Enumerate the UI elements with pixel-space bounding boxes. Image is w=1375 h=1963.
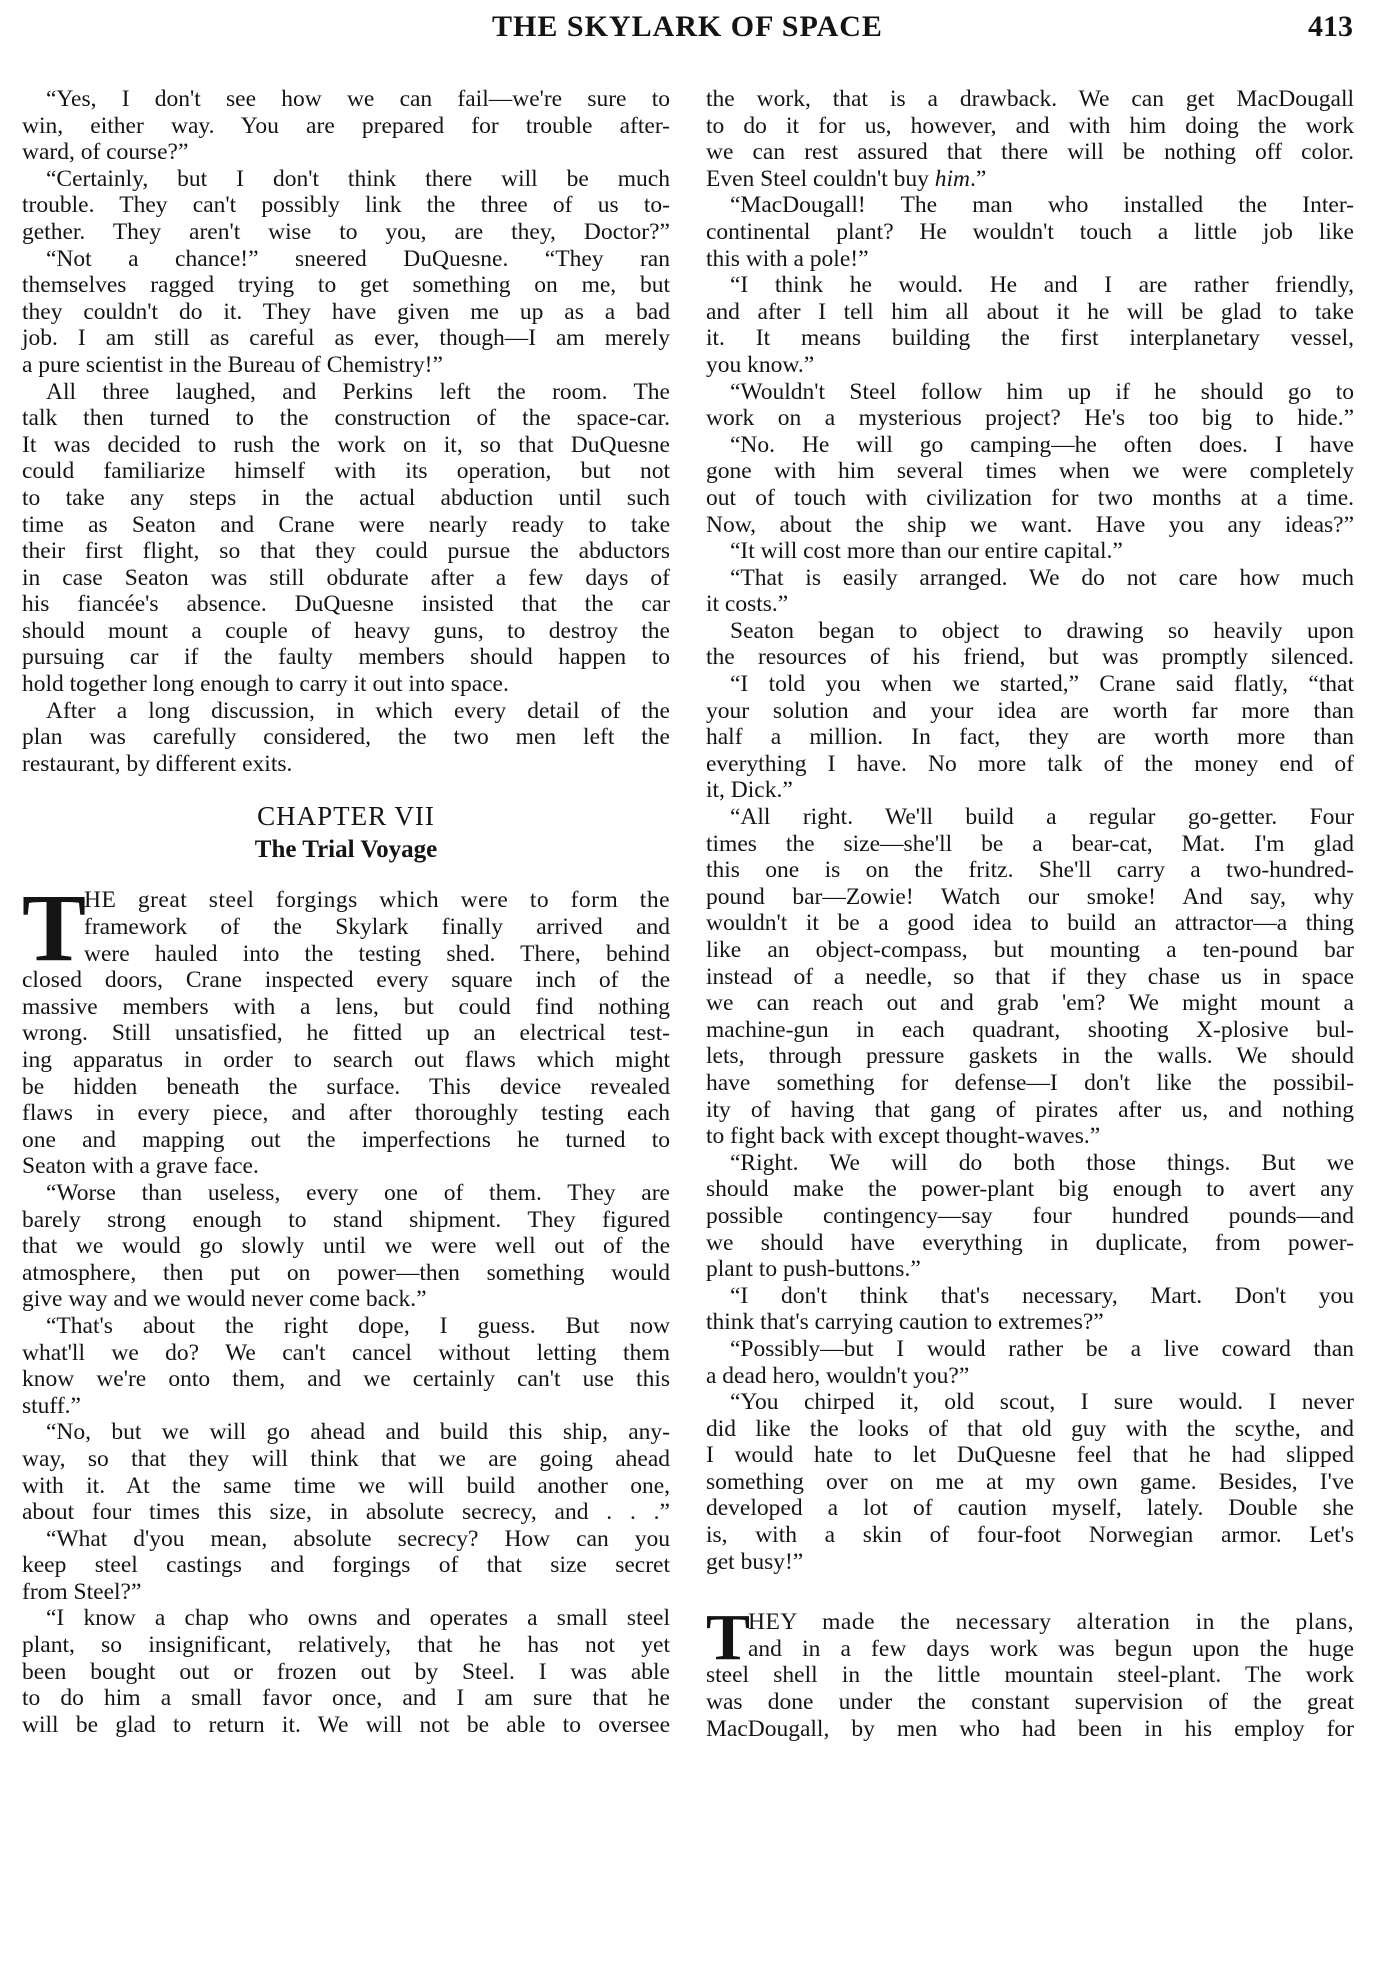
text-line: Seaton began to object to drawing so hea… — [706, 618, 1354, 645]
text-line: “Yes, I don't see how we can fail—we're … — [22, 86, 670, 113]
text-line: machine-gun in each quadrant, shooting X… — [706, 1017, 1354, 1044]
text-line: win, either way. You are prepared for tr… — [22, 113, 670, 140]
text-line: flaws in every piece, and after thorough… — [22, 1100, 670, 1127]
text-line: and in a few days work was begun upon th… — [706, 1636, 1354, 1663]
chapter-title: The Trial Voyage — [22, 833, 670, 867]
text-line: were hauled into the testing shed. There… — [22, 941, 670, 968]
text-line: “That is easily arranged. We do not care… — [706, 565, 1354, 592]
paragraph: After a long discussion, in which every … — [22, 698, 670, 778]
text-line: that we would go slowly until we were we… — [22, 1233, 670, 1260]
text-line: It was decided to rush the work on it, s… — [22, 432, 670, 459]
text-line: be hidden beneath the surface. This devi… — [22, 1074, 670, 1101]
text-line: in case Seaton was still obdurate after … — [22, 565, 670, 592]
paragraph: “No, but we will go ahead and build this… — [22, 1419, 670, 1525]
text-line: we should have everything in duplicate, … — [706, 1230, 1354, 1257]
text-line: job. I am still as careful as ever, thou… — [22, 325, 670, 352]
paragraph: “Wouldn't Steel follow him up if he shou… — [706, 379, 1354, 432]
text-line: gone with him several times when we were… — [706, 458, 1354, 485]
text-line: “I told you when we started,” Crane said… — [706, 671, 1354, 698]
text-line: work on a mysterious project? He's too b… — [706, 405, 1354, 432]
paragraph: All three laughed, and Perkins left the … — [22, 379, 670, 698]
text-line: “No, but we will go ahead and build this… — [22, 1419, 670, 1446]
running-title: THE SKYLARK OF SPACE — [0, 10, 1375, 44]
drop-cap: T — [22, 889, 86, 967]
text-line: out of touch with civilization for two m… — [706, 485, 1354, 512]
text-line: everything I have. No more talk of the m… — [706, 751, 1354, 778]
paragraph: Seaton began to object to drawing so hea… — [706, 618, 1354, 671]
text-line: “I don't think that's necessary, Mart. D… — [706, 1283, 1354, 1310]
text-line: ity of having that gang of pirates after… — [706, 1097, 1354, 1124]
text-line: “I think he would. He and I are rather f… — [706, 272, 1354, 299]
text-line: plan was carefully considered, the two m… — [22, 724, 670, 751]
text-line: closed doors, Crane inspected every squa… — [22, 967, 670, 994]
text-line: “Possibly—but I would rather be a live c… — [706, 1336, 1354, 1363]
paragraph: “Right. We will do both those things. Bu… — [706, 1150, 1354, 1283]
paragraph: “No. He will go camping—he often does. I… — [706, 432, 1354, 538]
text-line: from Steel?” — [22, 1579, 670, 1606]
text-line: a dead hero, wouldn't you?” — [706, 1363, 1354, 1390]
text-line: should mount a couple of heavy guns, to … — [22, 618, 670, 645]
paragraph: “Not a chance!” sneered DuQuesne. “They … — [22, 246, 670, 379]
text-line: gether. They aren't wise to you, are the… — [22, 219, 670, 246]
text-line: did like the looks of that old guy with … — [706, 1416, 1354, 1443]
paragraph: “I don't think that's necessary, Mart. D… — [706, 1283, 1354, 1336]
text-line: I would hate to let DuQuesne feel that h… — [706, 1442, 1354, 1469]
text-line: was done under the constant supervision … — [706, 1689, 1354, 1716]
text-line: developed a lot of caution myself, latel… — [706, 1495, 1354, 1522]
text-line: plant to push-buttons.” — [706, 1256, 1354, 1283]
text-line: keep steel castings and forgings of that… — [22, 1552, 670, 1579]
text-line: is, with a skin of four-foot Norwegian a… — [706, 1522, 1354, 1549]
text-line: talk then turned to the construction of … — [22, 405, 670, 432]
text-line: this one is on the fritz. She'll carry a… — [706, 857, 1354, 884]
text-line: we can reach out and grab 'em? We might … — [706, 990, 1354, 1017]
text-line: the work, that is a drawback. We can get… — [706, 86, 1354, 113]
text-line: you know.” — [706, 352, 1354, 379]
page-number: 413 — [1308, 10, 1353, 44]
paragraph: “You chirped it, old scout, I sure would… — [706, 1389, 1354, 1575]
paragraph: “MacDougall! The man who installed the I… — [706, 192, 1354, 272]
section-break — [706, 1575, 1354, 1609]
text-line: framework of the Skylark finally arrived… — [22, 914, 670, 941]
text-line: themselves ragged trying to get somethin… — [22, 272, 670, 299]
paragraph: “It will cost more than our entire capit… — [706, 538, 1354, 565]
text-line: “All right. We'll build a regular go-get… — [706, 804, 1354, 831]
paragraph: “I told you when we started,” Crane said… — [706, 671, 1354, 804]
text-line: hold together long enough to carry it ou… — [22, 671, 670, 698]
running-head: THE SKYLARK OF SPACE 413 — [0, 10, 1375, 50]
paragraph-with-drop-cap: T HEY made the necessary alteration in t… — [706, 1609, 1354, 1742]
left-column: “Yes, I don't see how we can fail—we're … — [22, 86, 670, 1738]
text-line: been bought out or frozen out by Steel. … — [22, 1659, 670, 1686]
paragraph: “What d'you mean, absolute secrecy? How … — [22, 1526, 670, 1606]
text-line: to do him a small favor once, and I am s… — [22, 1685, 670, 1712]
text-line: one and mapping out the imperfections he… — [22, 1127, 670, 1154]
text-line: like an object-compass, but mounting a t… — [706, 937, 1354, 964]
text-line: “Wouldn't Steel follow him up if he shou… — [706, 379, 1354, 406]
text-line: restaurant, by different exits. — [22, 751, 670, 778]
right-column: the work, that is a drawback. We can get… — [706, 86, 1354, 1742]
text-line: plant, so insignificant, relatively, tha… — [22, 1632, 670, 1659]
paragraph: “All right. We'll build a regular go-get… — [706, 804, 1354, 1150]
text-line: could familiarize himself with its opera… — [22, 458, 670, 485]
text-line: this with a pole!” — [706, 246, 1354, 273]
text-line: it. It means building the first interpla… — [706, 325, 1354, 352]
text-line: wouldn't it be a good idea to build an a… — [706, 910, 1354, 937]
drop-cap: T — [706, 1611, 750, 1665]
text-line: to take any steps in the actual abductio… — [22, 485, 670, 512]
text-line: massive members with a lens, but could f… — [22, 994, 670, 1021]
text-fragment: Even Steel couldn't buy — [706, 166, 935, 192]
text-line: stuff.” — [22, 1393, 670, 1420]
paragraph: “Worse than useless, every one of them. … — [22, 1180, 670, 1313]
text-line: “What d'you mean, absolute secrecy? How … — [22, 1526, 670, 1553]
text-line: pound bar—Zowie! Watch our smoke! And sa… — [706, 884, 1354, 911]
text-line: it, Dick.” — [706, 777, 1354, 804]
text-fragment: .” — [970, 166, 986, 192]
text-line: possible contingency—say four hundred po… — [706, 1203, 1354, 1230]
text-line: think that's carrying caution to extreme… — [706, 1309, 1354, 1336]
text-line: Now, about the ship we want. Have you an… — [706, 512, 1354, 539]
text-line: ing apparatus in order to search out fla… — [22, 1047, 670, 1074]
italic-emphasis: him — [935, 166, 970, 192]
text-line: “Worse than useless, every one of them. … — [22, 1180, 670, 1207]
text-line: to do it for us, however, and with him d… — [706, 113, 1354, 140]
paragraph: “That's about the right dope, I guess. B… — [22, 1313, 670, 1419]
text-line: lets, through pressure gaskets in the wa… — [706, 1043, 1354, 1070]
text-line: about four times this size, in absolute … — [22, 1499, 670, 1526]
text-line: steel shell in the little mountain steel… — [706, 1662, 1354, 1689]
text-line: continental plant? He wouldn't touch a l… — [706, 219, 1354, 246]
text-line: After a long discussion, in which every … — [22, 698, 670, 725]
text-line: have something for defense—I don't like … — [706, 1070, 1354, 1097]
text-line: atmosphere, then put on power—then somet… — [22, 1260, 670, 1287]
text-line: “You chirped it, old scout, I sure would… — [706, 1389, 1354, 1416]
text-line: half a million. In fact, they are worth … — [706, 724, 1354, 751]
paragraph: the work, that is a drawback. We can get… — [706, 86, 1354, 192]
text-line: “It will cost more than our entire capit… — [706, 538, 1354, 565]
chapter-number: CHAPTER VII — [22, 799, 670, 833]
text-line: ward, of course?” — [22, 139, 670, 166]
text-line: trouble. They can't possibly link the th… — [22, 192, 670, 219]
text-line: “Right. We will do both those things. Bu… — [706, 1150, 1354, 1177]
text-line: the resources of his friend, but was pro… — [706, 644, 1354, 671]
text-line: with it. At the same time we will build … — [22, 1473, 670, 1500]
text-line: MacDougall, by men who had been in his e… — [706, 1716, 1354, 1743]
text-line: pursuing car if the faulty members shoul… — [22, 644, 670, 671]
text-line: way, so that they will think that we are… — [22, 1446, 670, 1473]
text-line: your solution and your idea are worth fa… — [706, 698, 1354, 725]
text-line: “No. He will go camping—he often does. I… — [706, 432, 1354, 459]
text-line: they couldn't do it. They have given me … — [22, 299, 670, 326]
text-line: All three laughed, and Perkins left the … — [22, 379, 670, 406]
text-line: time as Seaton and Crane were nearly rea… — [22, 512, 670, 539]
paragraph-with-drop-cap: T HE great steel forgings which were to … — [22, 887, 670, 1180]
text-line: times the size—she'll be a bear-cat, Mat… — [706, 831, 1354, 858]
text-line: it costs.” — [706, 591, 1354, 618]
text-line: know we're onto them, and we certainly c… — [22, 1366, 670, 1393]
paragraph: “Possibly—but I would rather be a live c… — [706, 1336, 1354, 1389]
text-line: wrong. Still unsatisfied, he fitted up a… — [22, 1020, 670, 1047]
text-line: should make the power-plant big enough t… — [706, 1176, 1354, 1203]
paragraph: “That is easily arranged. We do not care… — [706, 565, 1354, 618]
text-line: get busy!” — [706, 1549, 1354, 1576]
text-line: what'll we do? We can't cancel without l… — [22, 1340, 670, 1367]
text-line: will be glad to return it. We will not b… — [22, 1712, 670, 1739]
text-line: “MacDougall! The man who installed the I… — [706, 192, 1354, 219]
text-line: “Not a chance!” sneered DuQuesne. “They … — [22, 246, 670, 273]
text-line: HE great steel forgings which were to fo… — [22, 887, 670, 914]
paragraph: “I think he would. He and I are rather f… — [706, 272, 1354, 378]
text-line: we can rest assured that there will be n… — [706, 139, 1354, 166]
text-line: “I know a chap who owns and operates a s… — [22, 1605, 670, 1632]
text-line: something over on me at my own game. Bes… — [706, 1469, 1354, 1496]
paragraph: “I know a chap who owns and operates a s… — [22, 1605, 670, 1738]
paragraph: “Yes, I don't see how we can fail—we're … — [22, 86, 670, 166]
text-line: their first flight, so that they could p… — [22, 538, 670, 565]
text-line: give way and we would never come back.” — [22, 1286, 670, 1313]
text-line: instead of a needle, so that if they cha… — [706, 964, 1354, 991]
text-line: HEY made the necessary alteration in the… — [706, 1609, 1354, 1636]
text-line: a pure scientist in the Bureau of Chemis… — [22, 352, 670, 379]
text-line: “That's about the right dope, I guess. B… — [22, 1313, 670, 1340]
text-line: Even Steel couldn't buy him.” — [706, 166, 1354, 193]
text-line: barely strong enough to stand shipment. … — [22, 1207, 670, 1234]
text-line: to fight back with except thought-waves.… — [706, 1123, 1354, 1150]
text-line: his fiancée's absence. DuQuesne insisted… — [22, 591, 670, 618]
text-line: Seaton with a grave face. — [22, 1153, 670, 1180]
chapter-heading: CHAPTER VII The Trial Voyage — [22, 799, 670, 867]
paragraph: “Certainly, but I don't think there will… — [22, 166, 670, 246]
text-line: and after I tell him all about it he wil… — [706, 299, 1354, 326]
text-line: “Certainly, but I don't think there will… — [22, 166, 670, 193]
